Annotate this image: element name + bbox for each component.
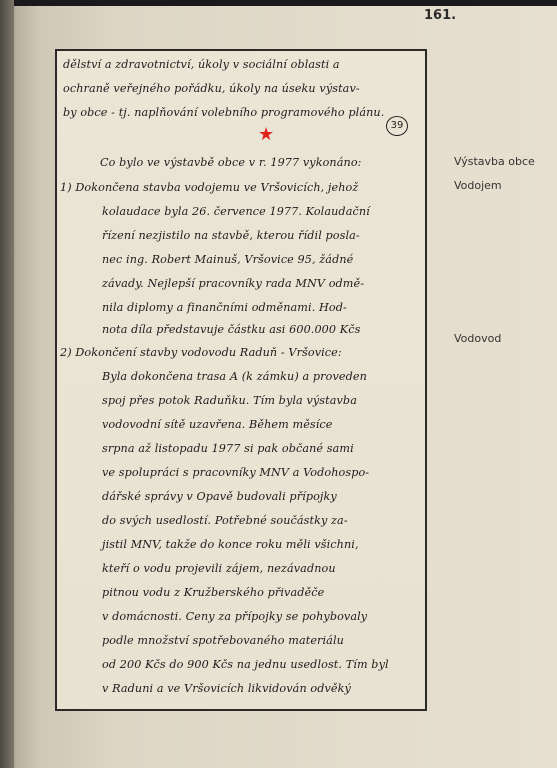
text-line: řízení nezjistilo na stavbě, kterou řídi… <box>102 229 360 242</box>
margin-column: Výstavba obce Vodojem Vodovod <box>426 49 557 707</box>
text-line: v Raduni a ve Vršovicích likvidován odvě… <box>102 682 351 695</box>
text-line: nota díla představuje částku asi 600.000… <box>102 323 360 336</box>
margin-note-vystavba: Výstavba obce <box>454 155 535 168</box>
text-line: by obce - tj. naplňování volebního progr… <box>63 106 384 119</box>
red-star-icon: ★ <box>258 126 274 144</box>
text-line: ve spolupráci s pracovníky MNV a Vodohos… <box>102 466 369 479</box>
text-line: dělství a zdravotnictví, úkoly v sociáln… <box>63 58 340 71</box>
text-line: ochraně veřejného pořádku, úkoly na úsek… <box>63 82 360 95</box>
text-line: závady. Nejlepší pracovníky rada MNV odm… <box>102 277 364 290</box>
section-heading: Co bylo ve výstavbě obce v r. 1977 vykon… <box>100 156 362 169</box>
text-line: vodovodní sítě uzavřena. Během měsíce <box>102 418 333 431</box>
text-line: pitnou vodu z Kružberského přivaděče <box>102 586 324 599</box>
text-line: spoj přes potok Raduňku. Tím byla výstav… <box>102 394 357 407</box>
page-number: 161. <box>424 8 456 23</box>
text-line: do svých usedlostí. Potřebné součástky z… <box>102 514 348 527</box>
text-line: podle množství spotřebovaného materiálu <box>102 634 344 647</box>
circled-entry-number: 39 <box>386 116 408 136</box>
book-top-edge <box>0 0 557 6</box>
text-line: 1) Dokončena stavba vodojemu ve Vršovicí… <box>60 181 358 194</box>
text-line: nec ing. Robert Mainuš, Vršovice 95, žád… <box>102 253 353 266</box>
text-line: kteří o vodu projevili zájem, nezávadnou <box>102 562 336 575</box>
margin-note-vodovod: Vodovod <box>454 332 501 345</box>
text-line: srpna až listopadu 1977 si pak občané sa… <box>102 442 354 455</box>
margin-note-vodojem: Vodojem <box>454 179 502 192</box>
text-line: od 200 Kčs do 900 Kčs na jednu usedlost.… <box>102 658 389 671</box>
text-line: kolaudace byla 26. července 1977. Kolaud… <box>102 205 370 218</box>
text-line: 2) Dokončení stavby vodovodu Raduň - Vrš… <box>60 346 342 359</box>
text-line: v domácnosti. Ceny za přípojky se pohybo… <box>102 610 367 623</box>
text-line: dářské správy v Opavě budovali přípojky <box>102 490 337 503</box>
text-line: Byla dokončena trasa A (k zámku) a prove… <box>102 370 367 383</box>
text-line: nila diplomy a finančními odměnami. Hod- <box>102 301 347 314</box>
text-line: jistil MNV, takže do konce roku měli vši… <box>102 538 359 551</box>
book-spine-shadow <box>0 0 14 768</box>
